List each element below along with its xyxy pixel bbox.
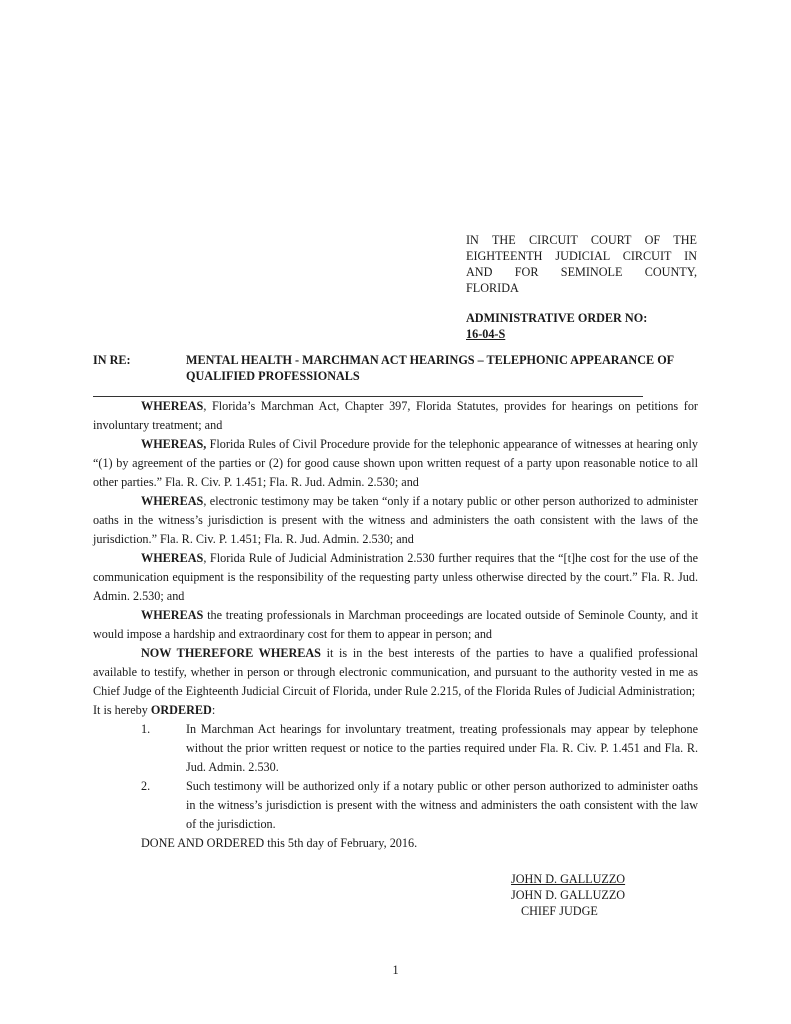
administrative-order-number: ADMINISTRATIVE ORDER NO: 16-04-S — [466, 310, 647, 342]
caption-line: IN THE CIRCUIT COURT OF THE — [466, 232, 697, 248]
whereas-lead: WHEREAS, — [141, 437, 206, 451]
whereas-paragraph: WHEREAS, Florida Rules of Civil Procedur… — [93, 435, 698, 492]
ordered-word: ORDERED — [151, 703, 212, 717]
order-item-text: Such testimony will be authorized only i… — [186, 777, 698, 834]
order-item-number: 2. — [93, 777, 186, 834]
page-number: 1 — [0, 961, 791, 980]
caption-line: AND FOR SEMINOLE COUNTY, — [466, 264, 697, 280]
signed-name: JOHN D. GALLUZZO — [511, 871, 625, 887]
whereas-paragraph: WHEREAS, Florida’s Marchman Act, Chapter… — [93, 397, 698, 435]
ordered-line: It is hereby ORDERED: — [93, 701, 698, 720]
ordered-suffix: : — [212, 703, 215, 717]
order-body: WHEREAS, Florida’s Marchman Act, Chapter… — [93, 397, 698, 853]
whereas-paragraph: WHEREAS, Florida Rule of Judicial Admini… — [93, 549, 698, 606]
order-item: 2. Such testimony will be authorized onl… — [93, 777, 698, 834]
order-item: 1. In Marchman Act hearings for involunt… — [93, 720, 698, 777]
caption-line: FLORIDA — [466, 280, 697, 296]
whereas-paragraph: WHEREAS the treating professionals in Ma… — [93, 606, 698, 644]
order-label: ADMINISTRATIVE ORDER NO: — [466, 310, 647, 326]
in-re-title: MENTAL HEALTH - MARCHMAN ACT HEARINGS – … — [186, 352, 698, 384]
court-caption: IN THE CIRCUIT COURT OF THE EIGHTEENTH J… — [466, 232, 697, 296]
ordered-prefix: It is hereby — [93, 703, 151, 717]
caption-line: EIGHTEENTH JUDICIAL CIRCUIT IN — [466, 248, 697, 264]
order-item-number: 1. — [93, 720, 186, 777]
whereas-lead: WHEREAS — [141, 494, 203, 508]
order-item-text: In Marchman Act hearings for involuntary… — [186, 720, 698, 777]
whereas-paragraph: WHEREAS, electronic testimony may be tak… — [93, 492, 698, 549]
whereas-lead: WHEREAS — [141, 551, 203, 565]
judge-title: CHIEF JUDGE — [511, 903, 625, 919]
in-re-label: IN RE: — [93, 352, 131, 368]
signature-block: JOHN D. GALLUZZO JOHN D. GALLUZZO CHIEF … — [511, 871, 625, 919]
whereas-lead: WHEREAS — [141, 608, 203, 622]
now-therefore-paragraph: NOW THEREFORE WHEREAS it is in the best … — [93, 644, 698, 701]
whereas-lead: WHEREAS — [141, 399, 203, 413]
printed-name: JOHN D. GALLUZZO — [511, 887, 625, 903]
order-number: 16-04-S — [466, 326, 647, 342]
whereas-lead: NOW THEREFORE WHEREAS — [141, 646, 321, 660]
done-and-ordered: DONE AND ORDERED this 5th day of Februar… — [93, 834, 698, 853]
